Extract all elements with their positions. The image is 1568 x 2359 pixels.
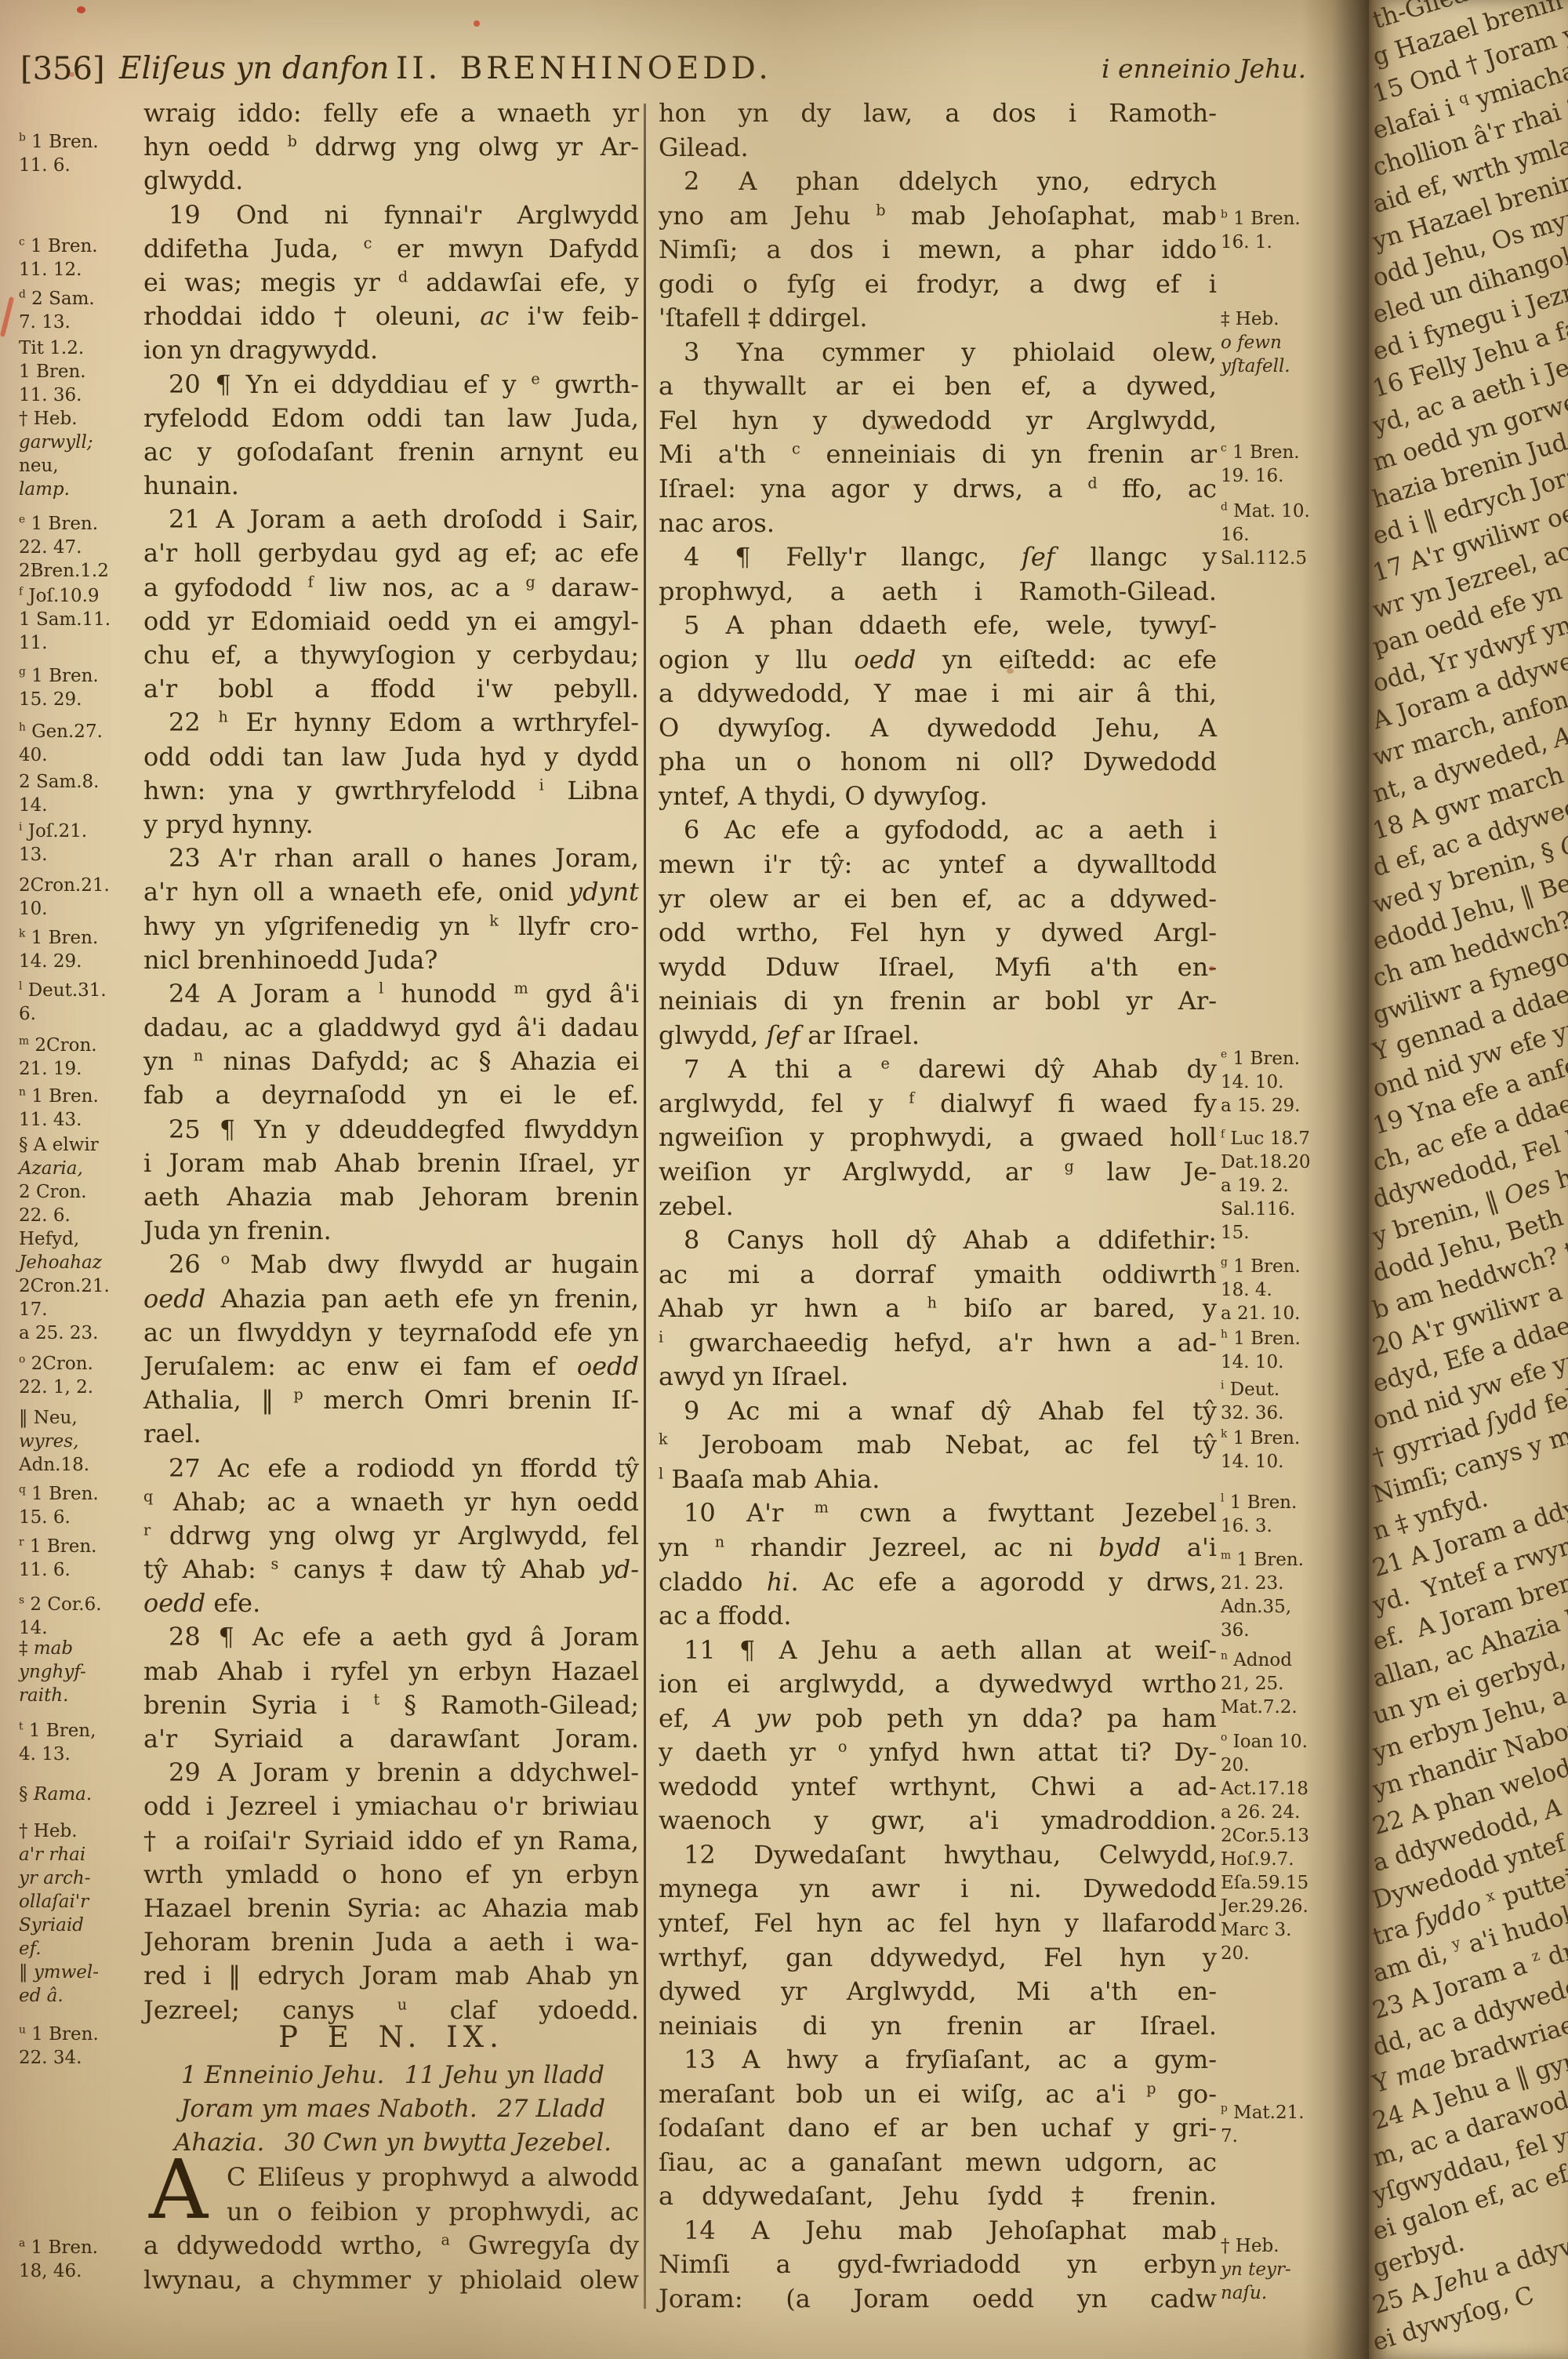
text-line: 10 A'r m cwn a fwyttant Jezebel [659, 1496, 1217, 1531]
text-line: 11 ¶ A Jehu a aeth allan at weiſ- [659, 1634, 1217, 1668]
text-line: y pryd hynny. [143, 808, 639, 841]
text-line: Nimſi; a dos i mewn, a phar iddo [659, 233, 1217, 267]
note-line: 14. 10. [1221, 1450, 1360, 1474]
text-line: hyn oedd b ddrwg yng olwg yr Ar- [143, 130, 639, 164]
text-line: i gwarchaeedig hefyd, a'r hwn a ad- [659, 1326, 1217, 1361]
note-line: 22. 34. [19, 2046, 141, 2070]
note-line: ‖ Neu, [19, 1406, 141, 1430]
note-line: 20. [1221, 1754, 1360, 1777]
text-line: 8 Canys holl dŷ Ahab a ddifethir: [659, 1223, 1217, 1258]
note-line: naſu. [1221, 2281, 1360, 2305]
text-line: glwydd. [143, 164, 639, 198]
text-line: chu ef, a thywyſogion y cerbydau; [143, 638, 639, 672]
note-line: k 1 Bren. [19, 926, 141, 950]
text-line: a'r hyn oll a wnaeth efe, onid ydynt [143, 875, 639, 909]
note-line: ‡ Heb. [1221, 307, 1360, 331]
text-line: 25 ¶ Yn y ddeuddegfed flwyddyn [143, 1113, 639, 1147]
text-line: wraig iddo: felly efe a wnaeth yr [143, 96, 639, 130]
note-line: Act.17.18 [1221, 1777, 1360, 1801]
text-line: a'r holl gerbydau gyd ag ef; ac efe [143, 536, 639, 570]
text-line: un o feibion y prophwydi, ac [143, 2195, 639, 2230]
paper-speck [474, 20, 480, 27]
note-line: 15. 6. [19, 1506, 141, 1529]
text-line: weiſion yr Arglwydd, ar g law Je- [659, 1155, 1217, 1190]
note-line: 13. [19, 843, 141, 867]
text-line: zebel. [659, 1190, 1217, 1224]
text-line: lwynau, a chymmer y phiolaid olew [143, 2263, 639, 2298]
note-line: 2Cron.21. [19, 874, 141, 897]
note-line: o Ioan 10. [1221, 1730, 1360, 1754]
note-line: 19. 16. [1221, 464, 1360, 488]
text-line: i Joram mab Ahab brenin Iſrael, yr [143, 1147, 639, 1180]
note-line: Sal.112.5 [1221, 547, 1360, 570]
text-line: fab a deyrnaſodd yn ei le ef. [143, 1078, 639, 1112]
text-line: Joram: (a Joram oedd yn cadw [659, 2282, 1217, 2317]
note-line: 16. 3. [1221, 1514, 1360, 1538]
text-line: brenin Syria i t § Ramoth-Gilead; [143, 1688, 639, 1722]
note-line: d 2 Sam. [19, 287, 141, 311]
page-scan: [356] Eliſeus yn danfon II. BRENHINOEDD.… [0, 0, 1568, 2359]
text-column-left: wraig iddo: felly efe a wnaeth yrhyn oed… [143, 96, 639, 2027]
note-line: yn teyr- [1221, 2258, 1360, 2281]
text-line: Athalia, ‖ p merch Omri brenin Iſ- [143, 1383, 639, 1417]
margin-note: 2Cron.21.10. [19, 874, 141, 921]
text-line: 28 ¶ Ac efe a aeth gyd â Joram [143, 1620, 639, 1654]
text-line: 20 ¶ Yn ei ddyddiau ef y e gwrth- [143, 368, 639, 402]
text-line: prophwyd, a aeth i Ramoth-Gilead. [659, 575, 1217, 609]
note-line: Hoſ.9.7. [1221, 1848, 1360, 1871]
text-line: a ddywedodd wrtho, a Gwregyſa dy [143, 2229, 639, 2263]
note-line: † Heb. [1221, 2234, 1360, 2258]
text-line: wrthyf, gan ddywedyd, Fel hyn y [659, 1941, 1217, 1976]
text-line: odd oddi tan law Juda hyd y dydd [143, 740, 639, 774]
text-line: r ddrwg yng olwg yr Arglwydd, fel [143, 1519, 639, 1553]
margin-note: g 1 Bren.18. 4.a 21. 10. [1221, 1255, 1360, 1325]
text-line: nac aros. [659, 507, 1217, 541]
margin-note: i Deut.32. 36. [1221, 1378, 1360, 1425]
margin-note: r 1 Bren.11. 6. [19, 1535, 141, 1582]
text-line: godi o fyſg ei frodyr, a dwg ef i [659, 267, 1217, 302]
margin-note: b 1 Bren.11. 6. [19, 130, 141, 177]
note-line: 2 Sam.8. [19, 770, 141, 794]
note-line: yr arch- [19, 1866, 141, 1890]
text-line: a ddywedodd, Y mae i mi air â thi, [659, 677, 1217, 711]
note-line: ‡ mab [19, 1637, 141, 1660]
text-line: Joram ym maes Naboth. 27 Lladd [168, 2092, 618, 2126]
note-line: neu, [19, 454, 141, 478]
text-line: Mi a'th c enneiniais di yn frenin ar [659, 438, 1217, 472]
note-line: Adn.35, [1221, 1595, 1360, 1619]
text-line: red i ‖ edrych Joram mab Ahab yn [143, 1959, 639, 1993]
note-line: 15. 29. [19, 688, 141, 711]
text-line: oedd efe. [143, 1587, 639, 1620]
text-line: 3 Yna cymmer y phiolaid olew, [659, 336, 1217, 370]
margin-note: h 1 Bren.14. 10. [1221, 1327, 1360, 1374]
margin-note: g 1 Bren.15. 29. [19, 664, 141, 711]
note-line: 22. 6. [19, 1204, 141, 1227]
column-divider-rule [644, 104, 646, 2309]
note-line: § Rama. [19, 1783, 141, 1806]
margin-note: h Gen.27.40. [19, 720, 141, 767]
margin-note: ‖ ymwel-ed â. [19, 1961, 141, 2008]
chapter-body: C Eliſeus y prophwyd a alwoddun o feibio… [143, 2161, 639, 2297]
note-line: 17. [19, 1298, 141, 1321]
note-line: e 1 Bren. [1221, 1047, 1360, 1070]
text-line: ion yn dragywydd. [143, 333, 639, 367]
text-line: neiniais di yn frenin ar bobl yr Ar- [659, 984, 1217, 1019]
note-line: 20. [1221, 1942, 1360, 1965]
margin-note: ‖ Neu,wyres,Adn.18. [19, 1406, 141, 1477]
note-line: f Joſ.10.9 [19, 584, 141, 608]
running-head-title: II. BRENHINOEDD. [396, 49, 772, 89]
margin-note: f Joſ.10.91 Sam.11.11. [19, 584, 141, 655]
note-line: 11. 6. [19, 1558, 141, 1582]
note-line: Tit 1.2. [19, 336, 141, 360]
note-line: raith. [19, 1684, 141, 1707]
text-line: wrth ymladd o hono ef yn erbyn [143, 1858, 639, 1892]
text-line: 26 o Mab dwy flwydd ar hugain [143, 1248, 639, 1281]
note-line: 16. [1221, 523, 1360, 547]
text-line: hunain. [143, 469, 639, 503]
text-line: Nimſi a gyd-fwriadodd yn erbyn [659, 2248, 1217, 2282]
note-line: 18. 4. [1221, 1278, 1360, 1302]
note-line: ollaſai'r [19, 1890, 141, 1914]
text-line: Gilead. [659, 131, 1217, 165]
note-line: a'r rhai [19, 1843, 141, 1866]
note-line: p Mat.21. [1221, 2101, 1360, 2125]
note-line: 2Cron.21. [19, 1274, 141, 1298]
text-line: ac y goſodaſant frenin arnynt eu [143, 435, 639, 469]
margin-note: † Heb.yn teyr-naſu. [1221, 2234, 1360, 2305]
text-line: 4 ¶ Felly'r llangc, ſef llangc y [659, 540, 1217, 575]
text-line: Juda yn frenin. [143, 1214, 639, 1248]
note-line: Adn.18. [19, 1453, 141, 1477]
note-line: 1 Sam.11. [19, 608, 141, 631]
text-line: nicl brenhinoedd Juda? [143, 943, 639, 977]
note-line: 15. [1221, 1221, 1360, 1245]
text-line: Iſrael: yna agor y drws, a d ffo, ac [659, 472, 1217, 507]
note-line: Hefyd, [19, 1227, 141, 1251]
note-line: 11. 36. [19, 383, 141, 407]
note-line: 21. 23. [1221, 1572, 1360, 1595]
text-line: oedd Ahazia pan aeth efe yn frenin, [143, 1282, 639, 1316]
note-line: 32. 36. [1221, 1401, 1360, 1425]
note-line: h Gen.27. [19, 720, 141, 743]
margin-note: k 1 Bren.14. 29. [19, 926, 141, 973]
text-line: ddifetha Juda, c er mwyn Dafydd [143, 232, 639, 266]
margin-note: d Mat. 10.16.Sal.112.5 [1221, 500, 1360, 570]
note-line: 36. [1221, 1619, 1360, 1642]
note-line: † Heb. [19, 1819, 141, 1843]
text-line: odd i Jezreel i ymiachau o'r briwiau [143, 1790, 639, 1823]
note-line: b 1 Bren. [1221, 207, 1360, 231]
note-line: l Deut.31. [19, 979, 141, 1002]
text-line: tŷ Ahab: s canys ‡ daw tŷ Ahab yd- [143, 1553, 639, 1587]
text-line: aeth Ahazia mab Jehoram brenin [143, 1180, 639, 1214]
note-line: 21. 19. [19, 1057, 141, 1081]
margin-note: c 1 Bren.11. 12. [19, 234, 141, 282]
left-margin-notes: b 1 Bren.11. 6.c 1 Bren.11. 12.d 2 Sam.7… [19, 0, 141, 2359]
text-line: 2 A phan ddelych yno, edrych [659, 165, 1217, 199]
margin-note: Tit 1.2.1 Bren.11. 36. [19, 336, 141, 407]
note-line: c 1 Bren. [1221, 441, 1360, 464]
margin-note: n Adnod21, 25.Mat.7.2. [1221, 1648, 1360, 1719]
note-line: b 1 Bren. [19, 130, 141, 154]
note-line: 11. 12. [19, 258, 141, 282]
note-line: i Joſ.21. [19, 820, 141, 843]
note-line: a 19. 2. [1221, 1174, 1360, 1198]
note-line: 6. [19, 1002, 141, 1026]
text-line: k Jeroboam mab Nebat, ac fel tŷ [659, 1428, 1217, 1463]
note-line: yſtafell. [1221, 354, 1360, 378]
text-line: mab Ahab i ryfel yn erbyn Hazael [143, 1655, 639, 1688]
text-line: ngweiſion y prophwydi, a gwaed holl [659, 1121, 1217, 1155]
text-line: pha un o honom ni oll? Dywedodd [659, 745, 1217, 780]
text-line: ac mi a dorraf ymaith oddiwrth [659, 1258, 1217, 1292]
text-line: hwy yn yſgrifenedig yn k llyfr cro- [143, 910, 639, 943]
margin-note: f Luc 18.7Dat.18.20a 19. 2.Sal.116.15. [1221, 1127, 1360, 1245]
margin-note: c 1 Bren.19. 16. [1221, 441, 1360, 488]
text-line: 7 A thi a e darewi dŷ Ahab dy [659, 1052, 1217, 1087]
note-line: 11. [19, 631, 141, 655]
text-line: ogion y llu oedd yn eiſtedd: ac efe [659, 643, 1217, 678]
right-margin-notes: b 1 Bren.16. 1.‡ Heb.o fewnyſtafell.c 1 … [1221, 0, 1360, 2359]
margin-note: b 1 Bren.16. 1. [1221, 207, 1360, 254]
text-line: glwydd, ſef ar Iſrael. [659, 1019, 1217, 1053]
note-line: f Luc 18.7 [1221, 1127, 1360, 1150]
text-line: meraſant bob un ei wiſg, ac a'i p go- [659, 2077, 1217, 2112]
note-line: † Heb. [19, 407, 141, 431]
text-line: 22 h Er hynny Edom a wrthryfel- [143, 706, 639, 740]
margin-note: e 1 Bren.14. 10.a 15. 29. [1221, 1047, 1360, 1118]
margin-note: t 1 Bren,4. 13. [19, 1719, 141, 1766]
text-line: Fel hyn y dywedodd yr Arglwydd, [659, 404, 1217, 438]
note-line: r 1 Bren. [19, 1535, 141, 1558]
text-line: 27 Ac efe a rodiodd yn ffordd tŷ [143, 1452, 639, 1485]
note-line: h 1 Bren. [1221, 1327, 1360, 1350]
text-line: neiniais di yn frenin ar Iſrael. [659, 2009, 1217, 2044]
margin-note: k 1 Bren.14. 10. [1221, 1427, 1360, 1474]
text-line: rael. [143, 1417, 639, 1451]
margin-note: n 1 Bren.11. 43. [19, 1085, 141, 1132]
margin-note: p Mat.21.7. [1221, 2101, 1360, 2148]
margin-note: l Deut.31.6. [19, 979, 141, 1026]
text-line: Hazael brenin Syria: ac Ahazia mab [143, 1892, 639, 1925]
note-line: Jehoahaz [19, 1251, 141, 1274]
note-line: a 25. 23. [19, 1321, 141, 1345]
note-line: Mat.7.2. [1221, 1696, 1360, 1719]
note-line: 22. 47. [19, 536, 141, 559]
text-line: 24 A Joram a l hunodd m gyd â'i [143, 977, 639, 1011]
note-line: a 15. 29. [1221, 1094, 1360, 1118]
margin-note: 2 Sam.8.14. [19, 770, 141, 817]
margin-note: o 2Cron.22. 1, 2. [19, 1352, 141, 1399]
text-line: yn n ninas Dafydd; ac § Ahazia ei [143, 1045, 639, 1078]
text-line: 19 Ond ni fynnai'r Arglwydd [143, 198, 639, 232]
note-line: Azaria, [19, 1157, 141, 1180]
text-line: 12 Dywedaſant hwythau, Celwydd, [659, 1838, 1217, 1873]
text-line: † a roiſai'r Syriaid iddo ef yn Rama, [143, 1824, 639, 1858]
note-line: i Deut. [1221, 1378, 1360, 1401]
note-line: ‖ ymwel- [19, 1961, 141, 1984]
text-line: q Ahab; ac a wnaeth yr hyn oedd [143, 1485, 639, 1519]
note-line: 2 Cron. [19, 1180, 141, 1204]
note-line: 14. 10. [1221, 1070, 1360, 1094]
note-line: 10. [19, 897, 141, 921]
note-line: u 1 Bren. [19, 2023, 141, 2046]
note-line: garwyll; [19, 431, 141, 454]
note-line: 7. [1221, 2125, 1360, 2148]
note-line: lamp. [19, 478, 141, 501]
note-line: 16. 1. [1221, 231, 1360, 254]
note-line: Jer.29.26. [1221, 1895, 1360, 1918]
text-line: 21 A Joram a aeth droſodd i Sair, [143, 503, 639, 536]
note-line: 14. 10. [1221, 1350, 1360, 1374]
text-line: ſiau, ac a ganaſant mewn udgorn, ac [659, 2146, 1217, 2180]
text-line: wedodd yntef wrthynt, Chwi a ad- [659, 1770, 1217, 1805]
text-line: a'r bobl a ffodd i'w pebyll. [143, 672, 639, 706]
note-line: 7. 13. [19, 311, 141, 334]
note-line: 11. 43. [19, 1108, 141, 1132]
note-line: d Mat. 10. [1221, 500, 1360, 523]
text-line: rhoddai iddo † oleuni, ac i'w feib- [143, 300, 639, 333]
note-line: n 1 Bren. [19, 1085, 141, 1108]
note-line: n Adnod [1221, 1648, 1360, 1672]
text-column-right: hon yn dy law, a dos i Ramoth-Gilead. 2 … [659, 96, 1217, 2317]
margin-note: a 1 Bren.18, 46. [19, 2236, 141, 2283]
note-line: Syriaid [19, 1914, 141, 1937]
text-line: ef, A yw pob peth yn dda? pa ham [659, 1702, 1217, 1736]
note-line: Eſa.59.15 [1221, 1871, 1360, 1895]
note-line: c 1 Bren. [19, 234, 141, 258]
note-line: 2Cor.5.13 [1221, 1824, 1360, 1848]
margin-note: m 1 Bren.21. 23.Adn.35,36. [1221, 1548, 1360, 1642]
text-line: Jeruſalem: ac enw ei fam ef oedd [143, 1350, 639, 1383]
note-line: 1 Bren. [19, 360, 141, 383]
note-line: 2Bren.1.2 [19, 559, 141, 583]
note-line: ef. [19, 1937, 141, 1961]
margin-note: s 2 Cor.6.14. [19, 1593, 141, 1640]
note-line: ed â. [19, 1984, 141, 2008]
margin-note: u 1 Bren.22. 34. [19, 2023, 141, 2070]
note-line: a 26. 24. [1221, 1801, 1360, 1824]
text-line: O dywyſog. A dywedodd Jehu, A [659, 711, 1217, 746]
text-line: 23 A'r rhan arall o hanes Joram, [143, 841, 639, 875]
text-line: Jehoram brenin Juda a aeth i wa- [143, 1925, 639, 1959]
note-line: k 1 Bren. [1221, 1427, 1360, 1450]
next-page-text: th-Gilead,g Hazael brenin Syria.15 Ond †… [1374, 3, 1568, 2359]
text-line: y daeth yr o ynfyd hwn attat ti? Dy- [659, 1736, 1217, 1770]
text-line: ac un flwyddyn y teyrnaſodd efe yn [143, 1316, 639, 1350]
chapter-heading: P E N. IX. [143, 2020, 639, 2055]
margin-note: § Rama. [19, 1783, 141, 1806]
text-line: yr olew ar ei ben ef, ac a ddywed- [659, 882, 1217, 917]
note-line: l 1 Bren. [1221, 1491, 1360, 1514]
note-line: 21, 25. [1221, 1672, 1360, 1696]
text-line: dywed yr Arglwydd, Mi a'th en- [659, 1975, 1217, 2009]
chapter-summary: 1 Enneinio Jehu. 11 Jehu yn lladdJoram y… [168, 2059, 618, 2161]
text-line: l Baaſa mab Ahia. [659, 1463, 1217, 1497]
note-line: § A elwir [19, 1133, 141, 1157]
text-line: 13 A hwy a fryſiaſant, ac a gym- [659, 2043, 1217, 2077]
note-line: g 1 Bren. [19, 664, 141, 688]
text-line: waenoch y gwr, a'i ymadroddion. [659, 1804, 1217, 1838]
note-line: 18, 46. [19, 2259, 141, 2283]
text-line: 5 A phan ddaeth efe, wele, tywyſ- [659, 609, 1217, 643]
note-line: m 1 Bren. [1221, 1548, 1360, 1572]
margin-note: q 1 Bren.15. 6. [19, 1482, 141, 1529]
next-page-edge: th-Gilead,g Hazael brenin Syria.15 Ond †… [1369, 0, 1568, 2359]
text-line: C Eliſeus y prophwyd a alwodd [143, 2161, 639, 2195]
margin-note: d 2 Sam.7. 13. [19, 287, 141, 334]
margin-note: e 1 Bren.22. 47.2Bren.1.2 [19, 512, 141, 583]
text-line: yno am Jehu b mab Jehoſaphat, mab [659, 199, 1217, 234]
text-line: ei was; megis yr d addawſai efe, y [143, 266, 639, 300]
margin-note: l 1 Bren.16. 3. [1221, 1491, 1360, 1538]
note-line: 11. 6. [19, 154, 141, 177]
note-line: e 1 Bren. [19, 512, 141, 536]
note-line: 4. 13. [19, 1743, 141, 1766]
text-line: claddo hi. Ac efe a agorodd y drws, [659, 1565, 1217, 1600]
text-line: yntef, A thydi, O dywyſog. [659, 780, 1217, 814]
margin-note: i Joſ.21.13. [19, 820, 141, 867]
text-line: 1 Enneinio Jehu. 11 Jehu yn lladd [168, 2059, 618, 2092]
paper-speck [0, 296, 14, 337]
margin-note: ‡ Heb.o fewnyſtafell. [1221, 307, 1360, 378]
margin-note: o Ioan 10.20.Act.17.18a 26. 24.2Cor.5.13… [1221, 1730, 1360, 1965]
text-line: awyd yn Iſrael. [659, 1360, 1217, 1394]
note-line: Marc 3. [1221, 1918, 1360, 1942]
text-line: 9 Ac mi a wnaf dŷ Ahab fel tŷ [659, 1394, 1217, 1429]
text-line: a'r Syriaid a darawſant Joram. [143, 1722, 639, 1756]
note-line: g 1 Bren. [1221, 1255, 1360, 1278]
running-head-left: Eliſeus yn danfon [119, 49, 389, 89]
text-line: ryfelodd Edom oddi tan law Juda, [143, 402, 639, 435]
note-line: Sal.116. [1221, 1198, 1360, 1221]
text-line: arglwydd, fel y f dialwyf fi waed fy [659, 1087, 1217, 1121]
text-line: ſodaſant dano ef ar ben uchaf y gri- [659, 2111, 1217, 2146]
margin-note: † Heb.a'r rhaiyr arch-ollaſai'rSyriaidef… [19, 1819, 141, 1961]
text-line: odd yr Edomiaid oedd yn ei amgyl- [143, 605, 639, 638]
note-line: s 2 Cor.6. [19, 1593, 141, 1616]
note-line: 14. [19, 794, 141, 817]
text-line: Ahab yr hwn a h biſo ar bared, y [659, 1292, 1217, 1326]
note-line: o fewn [1221, 331, 1360, 354]
text-line: ac a ffodd. [659, 1599, 1217, 1634]
text-line: 29 A Joram y brenin a ddychwel- [143, 1756, 639, 1790]
note-line: q 1 Bren. [19, 1482, 141, 1506]
text-line: yn n rhandir Jezreel, ac ni bydd a'i [659, 1531, 1217, 1565]
note-line: a 1 Bren. [19, 2236, 141, 2259]
text-line: mewn i'r tŷ: ac yntef a dywalltodd [659, 848, 1217, 882]
text-line: wydd Dduw Iſrael, Myfi a'th en- [659, 951, 1217, 985]
margin-note: ‡ mabynghyf-raith. [19, 1637, 141, 1707]
text-line: a ddywedaſant, Jehu ſydd ‡ frenin. [659, 2179, 1217, 2214]
note-line: t 1 Bren, [19, 1719, 141, 1743]
note-line: 22. 1, 2. [19, 1376, 141, 1399]
note-line: ynghyf- [19, 1660, 141, 1684]
text-line: 14 A Jehu mab Jehoſaphat mab [659, 2214, 1217, 2248]
text-line: dadau, ac a gladdwyd gyd â'i dadau [143, 1011, 639, 1045]
text-line: 'ſtafell ‡ ddirgel. [659, 301, 1217, 336]
text-line: yntef, Fel hyn ac fel hyn y llafarodd [659, 1906, 1217, 1941]
margin-note: § A elwirAzaria,2 Cron.22. 6.Hefyd,Jehoa… [19, 1133, 141, 1345]
text-line: mynega yn awr i ni. Dywedodd [659, 1872, 1217, 1906]
text-line: hon yn dy law, a dos i Ramoth- [659, 96, 1217, 131]
note-line: 14. 29. [19, 950, 141, 973]
text-line: a gyfododd f liw nos, ac a g daraw- [143, 571, 639, 605]
text-line: odd wrtho, Fel hyn y dywed Argl- [659, 916, 1217, 951]
